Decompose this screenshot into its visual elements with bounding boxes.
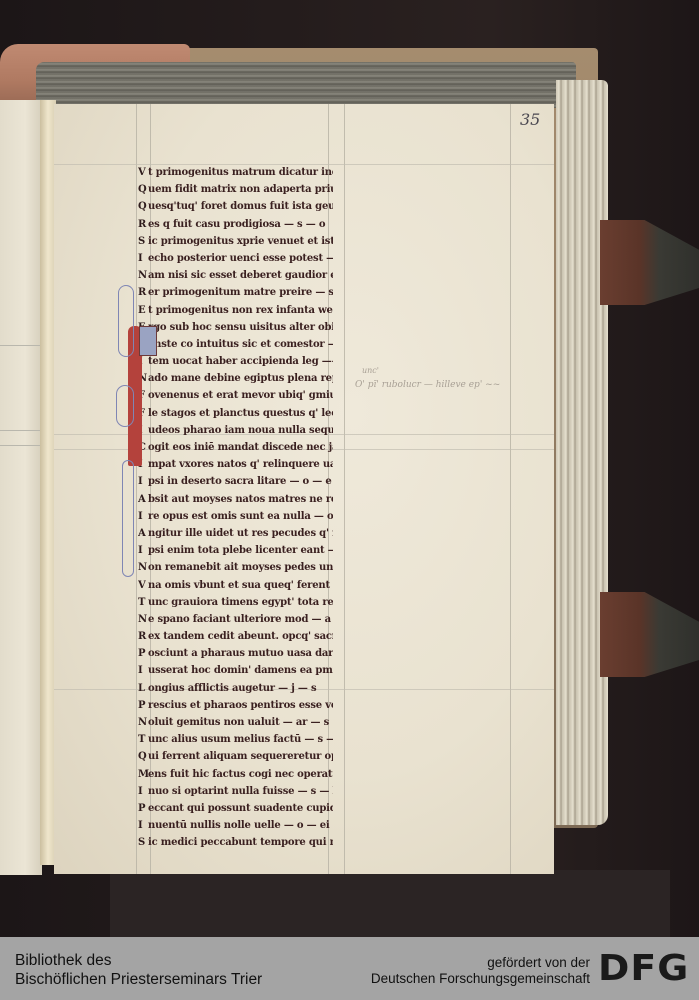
page-edges-fore xyxy=(556,80,608,825)
text-column: Vt primogenitus matrum dicatur inotruQue… xyxy=(138,164,333,852)
line-initial: S xyxy=(138,233,148,250)
line-text: udeos pharao iam noua nulla sequens —— xyxy=(148,425,333,436)
manuscript-line: Res q fuit casu prodigiosa — s — o xyxy=(138,216,333,233)
manuscript-line: Item uocat haber accipienda leg —— v xyxy=(138,353,333,370)
manuscript-line: Qui ferrent aliquam sequereretur op — om xyxy=(138,748,333,765)
manuscript-line: Inuo si optarint nulla fuisse — s — bi xyxy=(138,783,333,800)
line-text: ovenenus et erat mevor ubiq' gmius — xyxy=(148,390,333,401)
initial-inset xyxy=(139,326,157,356)
manuscript-line: Cogit eos iniē mandat discede nec ja — v xyxy=(138,439,333,456)
manuscript-line: Longius afflictis augetur — j — s xyxy=(138,680,333,697)
line-text: ex tandem cedit abeunt. opcq' sacrus xyxy=(148,631,333,642)
manuscript-line: Peccant qui possunt suadente cupidite ce… xyxy=(138,800,333,817)
clasp-bottom xyxy=(600,592,699,677)
manuscript-line: Ergo sub hoc sensu uisitus alter obit —— xyxy=(138,319,333,336)
line-text: tem uocat haber accipienda leg —— v xyxy=(148,356,333,367)
line-text: ens fuit hic factus cogi nec operatur il… xyxy=(148,769,333,780)
manuscript-line: Impat vxores natos q' relinquere uadam —… xyxy=(138,456,333,473)
line-initial: T xyxy=(138,594,148,611)
line-initial: I xyxy=(138,542,148,559)
line-text: unc alius usum melius factū — s — a xyxy=(148,734,333,745)
line-initial: N xyxy=(138,611,148,628)
library-name: Bibliothek des Bischöflichen Priestersem… xyxy=(15,951,262,989)
line-text: bsit aut moyses natos matres ne relinq —… xyxy=(148,494,333,505)
manuscript-line: Iusserat hoc domin' damens ea pmia duri xyxy=(138,662,333,679)
footer-bar: Bibliothek des Bischöflichen Priestersem… xyxy=(0,937,699,1000)
line-text: enste co intuitus sic et comestor — y ba… xyxy=(148,339,333,350)
line-initial: T xyxy=(138,731,148,748)
line-text: t primogenitus non rex infanta westit —— xyxy=(148,305,333,316)
cover-board xyxy=(110,870,670,937)
line-text: er primogenitum matre preire — s — um xyxy=(148,287,333,298)
line-text: ic primogenitus xprie venuet et ist'a xyxy=(148,236,333,247)
manuscript-line: Noluit gemitus non ualuit — ar — s xyxy=(138,714,333,731)
manuscript-line: Tunc alius usum melius factū — s — a xyxy=(138,731,333,748)
manuscript-line: Prescius et pharaos pentiros esse velut … xyxy=(138,697,333,714)
line-text: re opus est omis sunt ea nulla — o — e —… xyxy=(148,511,333,522)
line-text: nuo si optarint nulla fuisse — s — bi xyxy=(148,786,333,797)
line-initial: L xyxy=(138,680,148,697)
manuscript-line: Nado mane debine egiptus plena reperta e… xyxy=(138,370,333,387)
line-initial: V xyxy=(138,164,148,181)
line-text: na omis vbunt et sua queq' ferent —— xyxy=(148,580,333,591)
line-text: mpat vxores natos q' relinquere uadam —— xyxy=(148,459,333,470)
manuscript-line: Ire opus est omis sunt ea nulla — o — e … xyxy=(138,508,333,525)
line-text: rgo sub hoc sensu uisitus alter obit —— xyxy=(148,322,333,333)
line-initial: N xyxy=(138,267,148,284)
line-text: usserat hoc domin' damens ea pmia duri xyxy=(148,665,333,676)
line-text: uem fidit matrix non adaperta prius. xyxy=(148,184,333,195)
library-line-1: Bibliothek des xyxy=(15,951,262,970)
manuscript-line: Ipsi enim tota plebe licenter eant —— xyxy=(138,542,333,559)
verso-page xyxy=(0,100,42,875)
manuscript-line: Tunc grauiora timens egypt' tota reclama… xyxy=(138,594,333,611)
manuscript-line: Ne spano faciant ulteriore mod — a — m xyxy=(138,611,333,628)
manuscript-line: Rer primogenitum matre preire — s — um xyxy=(138,284,333,301)
line-text: t primogenitus matrum dicatur inotru xyxy=(148,167,333,178)
funding-line-2: Deutschen Forschungsgemeinschaft xyxy=(371,971,590,987)
line-initial: P xyxy=(138,800,148,817)
line-text: psi enim tota plebe licenter eant —— xyxy=(148,545,333,556)
manuscript-line: Sic medici peccabunt tempore qui nn e xyxy=(138,834,333,851)
line-initial: I xyxy=(138,473,148,490)
line-initial: Q xyxy=(138,198,148,215)
line-text: echo posterior uenci esse potest —— xyxy=(148,253,333,264)
manuscript-line: Quem fidit matrix non adaperta prius. xyxy=(138,181,333,198)
folio-number: 35 xyxy=(520,110,540,129)
line-initial: I xyxy=(138,508,148,525)
dfg-logo-icon: DFG xyxy=(598,950,689,988)
pen-flourish xyxy=(116,385,134,427)
line-initial: P xyxy=(138,645,148,662)
line-initial: N xyxy=(138,714,148,731)
line-initial: M xyxy=(138,766,148,783)
funding-note: gefördert von der Deutschen Forschungsge… xyxy=(371,955,590,987)
line-initial: P xyxy=(138,697,148,714)
line-initial: N xyxy=(138,559,148,576)
line-text: le stagos et planctus questus q' lecunar… xyxy=(148,408,333,419)
manuscript-scan: 35 Vt primogenitus matrum dicatur inotru… xyxy=(0,0,699,937)
line-text: psi in deserto sacra litare — o — e — o xyxy=(148,476,333,487)
manuscript-line: Iecho posterior uenci esse potest —— xyxy=(138,250,333,267)
margin-note: O' pī' rubolucr — hilleve ep' ~~ xyxy=(355,380,500,390)
line-initial: V xyxy=(138,577,148,594)
line-text: osciunt a pharaus mutuo uasa dar — j xyxy=(148,648,333,659)
clasp-top xyxy=(600,220,699,305)
manuscript-line: Posciunt a pharaus mutuo uasa dar — j xyxy=(138,645,333,662)
line-text: ui ferrent aliquam sequereretur op — om xyxy=(148,751,333,762)
manuscript-line: Rex tandem cedit abeunt. opcq' sacrus xyxy=(138,628,333,645)
manuscript-line: Senste co intuitus sic et comestor — y b… xyxy=(138,336,333,353)
page-edges-top xyxy=(36,62,576,108)
library-line-2: Bischöflichen Priesterseminars Trier xyxy=(15,970,262,989)
line-text: es q fuit casu prodigiosa — s — o xyxy=(148,219,325,230)
manuscript-line: Angitur ille uidet ut res pecudes q' rel… xyxy=(138,525,333,542)
line-initial: I xyxy=(138,250,148,267)
manuscript-line: Vna omis vbunt et sua queq' ferent —— xyxy=(138,577,333,594)
line-initial: I xyxy=(138,817,148,834)
line-text: rescius et pharaos pentiros esse velut —… xyxy=(148,700,333,711)
margin-note: unc' xyxy=(362,366,379,375)
line-initial: Q xyxy=(138,748,148,765)
line-initial: I xyxy=(138,783,148,800)
line-initial: A xyxy=(138,525,148,542)
line-initial: A xyxy=(138,491,148,508)
line-text: am nisi sic esset deberet gaudior e — o xyxy=(148,270,333,281)
line-initial: I xyxy=(138,662,148,679)
manuscript-line: Iudeos pharao iam noua nulla sequens —— xyxy=(138,422,333,439)
line-initial: Q xyxy=(138,181,148,198)
manuscript-line: Sic primogenitus xprie venuet et ist'a xyxy=(138,233,333,250)
manuscript-line: Mens fuit hic factus cogi nec operatur i… xyxy=(138,766,333,783)
line-text: oluit gemitus non ualuit — ar — s xyxy=(148,717,329,728)
line-text: ogit eos iniē mandat discede nec ja — v xyxy=(148,442,333,453)
line-text: unc grauiora timens egypt' tota reclamat xyxy=(148,597,333,608)
line-text: ic medici peccabunt tempore qui nn e xyxy=(148,837,333,848)
line-initial: R xyxy=(138,628,148,645)
manuscript-line: Quesq'tuq' foret domus fuit ista geurans xyxy=(138,198,333,215)
manuscript-line: Absit aut moyses natos matres ne relinq … xyxy=(138,491,333,508)
manuscript-line: Fovenenus et erat mevor ubiq' gmius — xyxy=(138,387,333,404)
line-text: nuentū nullis nolle uelle — o — ei xyxy=(148,820,330,831)
line-text: ongius afflictis augetur — j — s xyxy=(148,683,316,694)
manuscript-line: Ipsi in deserto sacra litare — o — e — o xyxy=(138,473,333,490)
manuscript-line: Nam nisi sic esset deberet gaudior e — o xyxy=(138,267,333,284)
manuscript-line: Non remanebit ait moyses pedes ungla p' … xyxy=(138,559,333,576)
line-initial: R xyxy=(138,284,148,301)
pen-flourish xyxy=(118,285,134,357)
line-initial: S xyxy=(138,834,148,851)
manuscript-line: Vt primogenitus matrum dicatur inotru xyxy=(138,164,333,181)
line-text: ado mane debine egiptus plena reperta es… xyxy=(148,373,333,384)
funding-line-1: gefördert von der xyxy=(371,955,590,971)
line-text: uesq'tuq' foret domus fuit ista geurans xyxy=(148,201,333,212)
line-text: ngitur ille uidet ut res pecudes q' reli… xyxy=(148,528,333,539)
pen-flourish xyxy=(122,460,134,577)
line-text: on remanebit ait moyses pedes ungla p' u… xyxy=(148,562,333,573)
manuscript-line: Inuentū nullis nolle uelle — o — ei xyxy=(138,817,333,834)
manuscript-line: Fle stagos et planctus questus q' lecuna… xyxy=(138,405,333,422)
line-initial: R xyxy=(138,216,148,233)
line-text: eccant qui possunt suadente cupidite ced… xyxy=(148,803,333,814)
line-initial: E xyxy=(138,302,148,319)
manuscript-line: Et primogenitus non rex infanta westit —… xyxy=(138,302,333,319)
line-text: e spano faciant ulteriore mod — a — m xyxy=(148,614,333,625)
